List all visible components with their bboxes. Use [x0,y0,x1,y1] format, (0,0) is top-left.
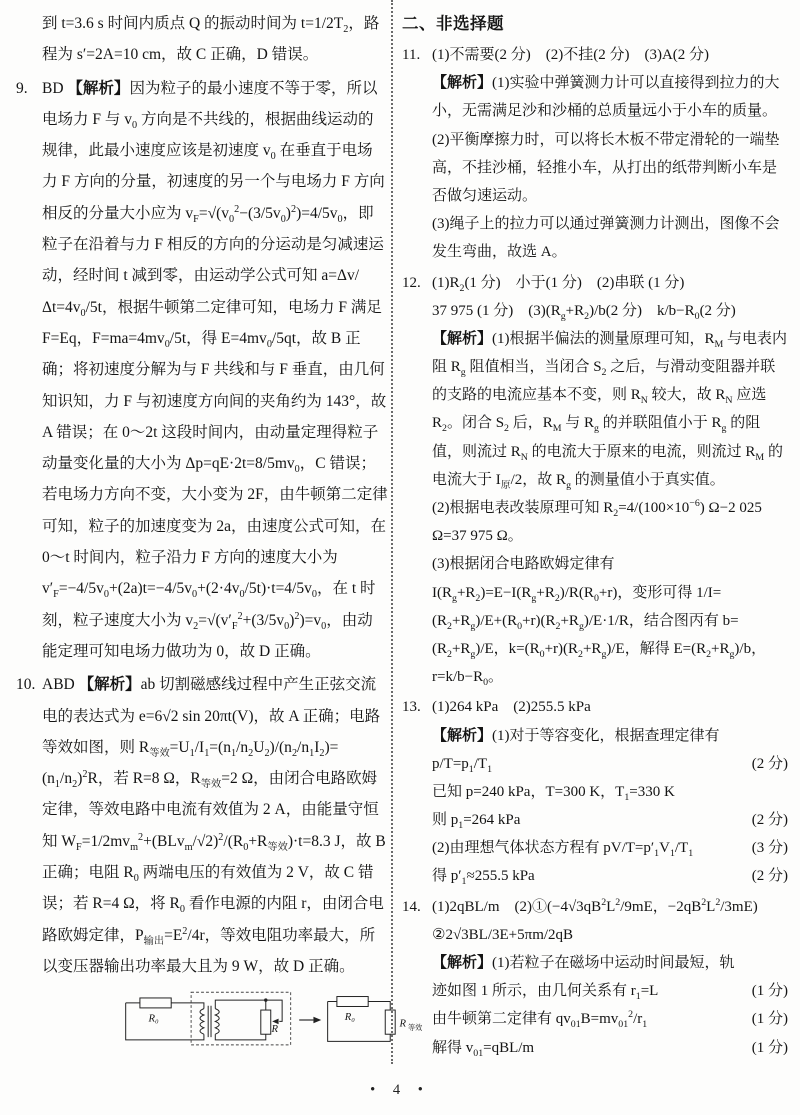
score-label: (2 分) [752,806,788,834]
analysis-paragraph: (3)根据闭合电路欧姆定律有 I(Rg+R2)=E−I(Rg+R2)/R(R0+… [432,550,788,691]
label-r-variable: R [270,1024,278,1035]
question-10-number: 10. [16,669,42,700]
resistor-icon [337,997,368,1007]
analysis-row: 由牛顿第二定律有 qv01B=mv012/r1 (1 分) [432,1005,788,1033]
question-9-analysis: BD 【解析】因为粒子的最小速度不等于零，所以电场力 F 与 v0 方向是不共线… [42,80,388,660]
analysis-row: 则 p1=264 kPa (2 分) [432,806,788,834]
analysis-text: 【解析】(1)对于等容变化，根据查理定律有 p/T=p1/T1 [432,722,742,778]
analysis-text: 解得 v01=qBL/m [432,1034,534,1062]
question-13-block: 13. (1)264 kPa (2)255.5 kPa 【解析】(1)对于等容变… [402,693,788,890]
primary-circuit [126,998,204,1040]
analysis-paragraph: (2)平衡摩擦力时，可以将长木板不带定滑轮的一端垫高，不挂沙桶，轻推小车，从打出… [432,126,788,211]
label-r0-right: R₀ [344,1012,356,1023]
question-10-body: ABD 【解析】ab 切割磁感线过程中产生正弦交流电的表达式为 e=6√2 si… [42,669,388,1050]
score-label: (1 分) [752,977,788,1005]
score-label: (3 分) [752,834,788,862]
question-9-block: 9. BD 【解析】因为粒子的最小速度不等于零，所以电场力 F 与 v0 方向是… [16,73,388,668]
transformer-secondary-coil-icon [215,1009,219,1035]
score-label: (1 分) [752,1034,788,1062]
q8-continuation-text: 到 t=3.6 s 时间内质点 Q 的振动时间为 t=1/2T2，路程为 s′=… [42,15,379,63]
page-number: • 4 • [0,1082,800,1099]
label-r0-left: R₀ [147,1014,159,1025]
question-9-number: 9. [16,73,42,104]
resistor-icon [140,998,171,1008]
score-label: (1 分) [752,1005,788,1033]
question-12-answers-line1: (1)R2(1 分) 小于(1 分) (2)串联 (1 分) [432,269,788,297]
question-11-body: (1)不需要(2 分) (2)不挂(2 分) (3)A(2 分) 【解析】(1)… [432,41,788,267]
score-label: (2 分) [752,750,788,778]
question-8-continuation: 到 t=3.6 s 时间内质点 Q 的振动时间为 t=1/2T2，路程为 s′=… [16,8,388,71]
analysis-paragraph: (3)绳子上的拉力可以通过弹簧测力计测出，图像不会发生弯曲，故选 A。 [432,210,788,266]
analysis-paragraph: (2)根据电表改装原理可知 R2=4/(100×10−6) Ω−2 025 Ω=… [432,494,788,550]
question-12-answers-line2: 37 975 (1 分) (3)(Rg+R2)/b(2 分) k/b−R0(2 … [432,297,788,325]
analysis-row: 得 p′1≈255.5 kPa (2 分) [432,862,788,890]
analysis-text: 由牛顿第二定律有 qv01B=mv012/r1 [432,1005,647,1033]
right-arrow-icon [313,1017,321,1023]
question-14-block: 14. (1)2qBL/m (2)①(−4√3qB2L2/9mE，−2qB2L2… [402,893,788,1062]
analysis-text: 得 p′1≈255.5 kPa [432,862,535,890]
analysis-text: 【解析】(1)若粒子在磁场中运动时间最短，轨迹如图 1 所示，由几何关系有 r1… [432,949,742,1005]
transformer-core [208,1006,211,1037]
junction-dot [264,999,267,1002]
question-11-answers: (1)不需要(2 分) (2)不挂(2 分) (3)A(2 分) [432,41,788,69]
question-13-number: 13. [402,693,432,721]
analysis-text: 已知 p=240 kPa，T=300 K，T1=330 K [432,778,675,806]
column-divider [391,0,393,1064]
right-column: 二、非选择题 11. (1)不需要(2 分) (2)不挂(2 分) (3)A(2… [402,8,788,1062]
question-11-number: 11. [402,41,432,69]
question-10-analysis: ABD 【解析】ab 切割磁感线过程中产生正弦交流电的表达式为 e=6√2 si… [42,676,386,975]
question-12-block: 12. (1)R2(1 分) 小于(1 分) (2)串联 (1 分) 37 97… [402,269,788,692]
analysis-row: 【解析】(1)若粒子在磁场中运动时间最短，轨迹如图 1 所示，由几何关系有 r1… [432,949,788,1005]
score-label: (2 分) [752,862,788,890]
analysis-row: 已知 p=240 kPa，T=300 K，T1=330 K [432,778,788,806]
transformer-core-icon [208,1006,211,1037]
question-11-block: 11. (1)不需要(2 分) (2)不挂(2 分) (3)A(2 分) 【解析… [402,41,788,267]
section-title: 二、非选择题 [402,8,788,39]
question-13-body: (1)264 kPa (2)255.5 kPa 【解析】(1)对于等容变化，根据… [432,693,788,890]
analysis-text: 则 p1=264 kPa [432,806,520,834]
question-13-answers: (1)264 kPa (2)255.5 kPa [432,693,788,721]
question-12-number: 12. [402,269,432,297]
analysis-row: 解得 v01=qBL/m (1 分) [432,1034,788,1062]
analysis-row: (2)由理想气体状态方程有 pV/T=p′1V1/T1 (3 分) [432,834,788,862]
question-9-body: BD 【解析】因为粒子的最小速度不等于零，所以电场力 F 与 v0 方向是不共线… [42,73,388,668]
analysis-paragraph: 【解析】(1)实验中弹簧测力计可以直接得到拉力的大小，无需满足沙和沙桶的总质量远… [432,69,788,125]
equivalent-circuit-figure: R₀ R R₀ R 等效 [120,990,388,1050]
left-column: 到 t=3.6 s 时间内质点 Q 的振动时间为 t=1/2T2，路程为 s′=… [16,8,388,1050]
question-10-block: 10. ABD 【解析】ab 切割磁感线过程中产生正弦交流电的表达式为 e=6√… [16,669,388,1050]
equivalence-arrow [299,1017,321,1023]
question-14-number: 14. [402,893,432,921]
question-14-body: (1)2qBL/m (2)①(−4√3qB2L2/9mE，−2qB2L2/3mE… [432,893,788,1062]
question-14-answers-line1: (1)2qBL/m (2)①(−4√3qB2L2/9mE，−2qB2L2/3mE… [432,893,788,921]
rheostat-icon [261,1010,271,1034]
analysis-text: (2)由理想气体状态方程有 pV/T=p′1V1/T1 [432,834,693,862]
analysis-paragraph: 【解析】(1)根据半偏法的测量原理可知，RM 与电表内阻 Rg 阻值相当，当闭合… [432,325,788,494]
question-14-answers-line2: ②2√3BL/3E+5πm/2qB [432,921,788,949]
analysis-row: 【解析】(1)对于等容变化，根据查理定律有 p/T=p1/T1 (2 分) [432,722,788,778]
answer-key-page: 到 t=3.6 s 时间内质点 Q 的振动时间为 t=1/2T2，路程为 s′=… [0,0,800,1115]
equivalent-circuit [328,997,396,1042]
question-12-body: (1)R2(1 分) 小于(1 分) (2)串联 (1 分) 37 975 (1… [432,269,788,692]
transformer-primary-coil-icon [200,1009,204,1035]
